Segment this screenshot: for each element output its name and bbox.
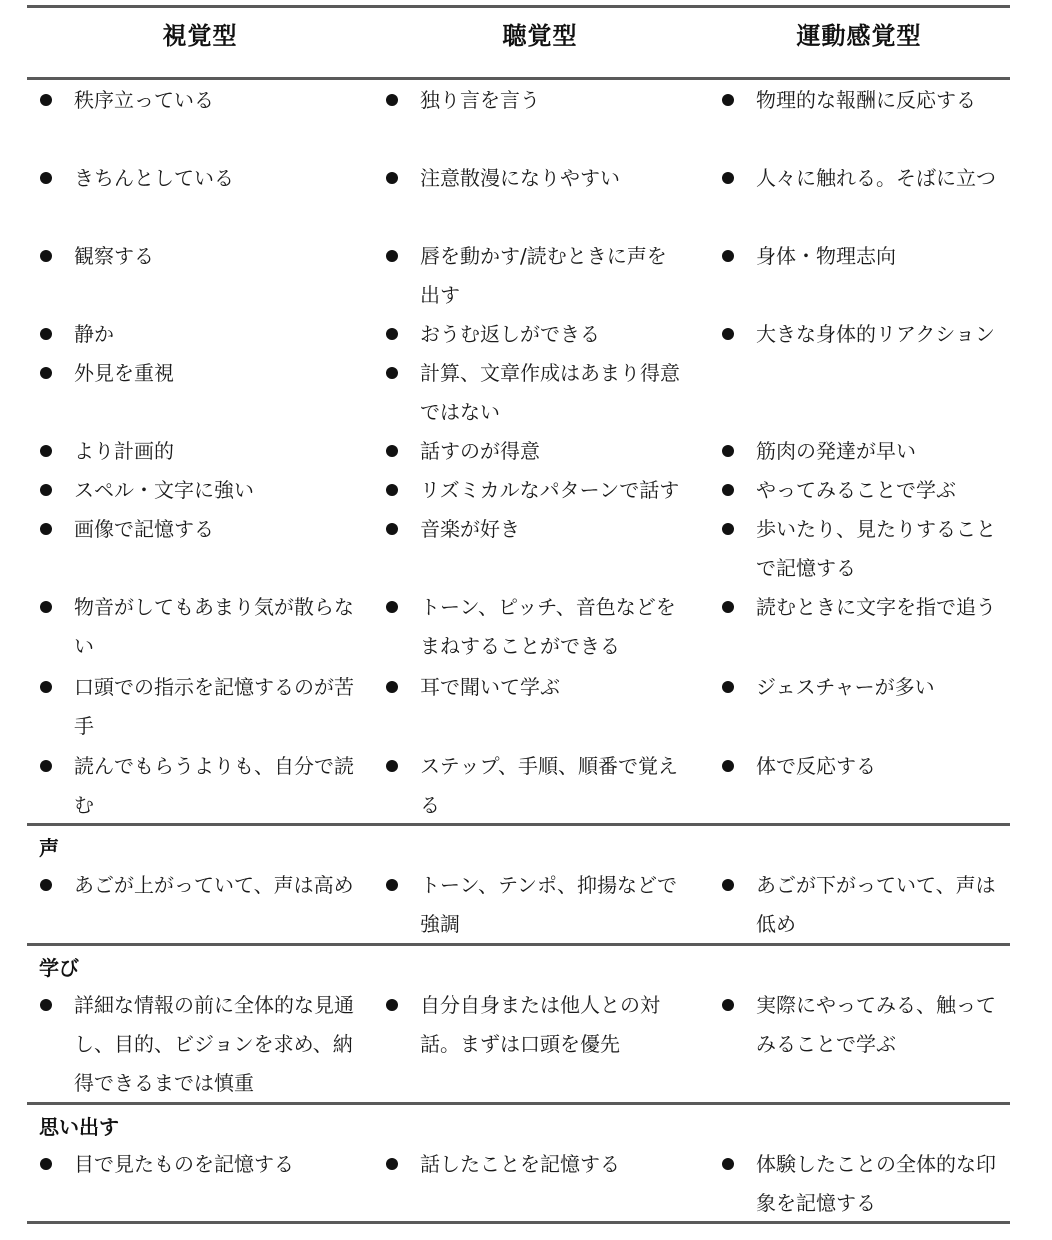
- item-text: 読んでもらうよりも、自分で読む: [74, 747, 359, 825]
- item-text: 画像で記憶する: [74, 510, 359, 549]
- item-text: 外見を重視: [74, 354, 359, 393]
- bullet-icon: [386, 1145, 400, 1184]
- bullet-icon: [386, 866, 400, 905]
- bullet-icon: [722, 747, 736, 786]
- bullet-icon: [386, 986, 400, 1025]
- item-text: 実際にやってみる、触ってみることで学ぶ: [756, 986, 996, 1064]
- bullet-icon: [722, 510, 736, 549]
- table-rule: [27, 5, 1010, 8]
- bullet-icon: [40, 432, 54, 471]
- column-header: 聴覚型: [375, 16, 705, 51]
- item-text: スペル・文字に強い: [74, 471, 359, 510]
- column-header: 視覚型: [35, 16, 365, 51]
- bullet-icon: [40, 354, 54, 393]
- bullet-icon: [386, 315, 400, 354]
- bullet-icon: [722, 668, 736, 707]
- bullet-icon: [386, 237, 400, 276]
- item-text: 詳細な情報の前に全体的な見通し、目的、ビジョンを求め、納得できるまでは慎重: [74, 986, 359, 1103]
- section-label: 声: [39, 832, 59, 861]
- item-text: トーン、ピッチ、音色などをまねすることができる: [420, 588, 685, 666]
- bullet-icon: [386, 668, 400, 707]
- item-text: トーン、テンポ、抑揚などで強調: [420, 866, 685, 944]
- item-text: 目で見たものを記憶する: [74, 1145, 359, 1184]
- item-text: おうむ返しができる: [420, 315, 685, 354]
- item-text: 読むときに文字を指で追う: [756, 588, 996, 627]
- item-text: あごが下がっていて、声は低め: [756, 866, 996, 944]
- item-text: 音楽が好き: [420, 510, 685, 549]
- bullet-icon: [386, 432, 400, 471]
- item-text: より計画的: [74, 432, 359, 471]
- item-text: 物理的な報酬に反応する: [756, 81, 996, 120]
- bullet-icon: [40, 237, 54, 276]
- item-text: 口頭での指示を記憶するのが苦手: [74, 668, 359, 746]
- bullet-icon: [722, 986, 736, 1025]
- bullet-icon: [40, 510, 54, 549]
- bullet-icon: [386, 159, 400, 198]
- item-text: 体で反応する: [756, 747, 996, 786]
- table-rule: [27, 77, 1010, 80]
- item-text: 秩序立っている: [74, 81, 359, 120]
- bullet-icon: [722, 432, 736, 471]
- bullet-icon: [40, 159, 54, 198]
- bullet-icon: [722, 81, 736, 120]
- item-text: 自分自身または他人との対話。まずは口頭を優先: [420, 986, 685, 1064]
- bullet-icon: [40, 588, 54, 627]
- item-text: 大きな身体的リアクション: [756, 315, 996, 354]
- bullet-icon: [386, 588, 400, 627]
- item-text: やってみることで学ぶ: [756, 471, 996, 510]
- item-text: ジェスチャーが多い: [756, 668, 996, 707]
- bullet-icon: [40, 315, 54, 354]
- item-text: 独り言を言う: [420, 81, 685, 120]
- item-text: リズミカルなパターンで話す: [420, 471, 685, 510]
- bullet-icon: [40, 668, 54, 707]
- item-text: 物音がしてもあまり気が散らない: [74, 588, 359, 666]
- bullet-icon: [386, 354, 400, 393]
- item-text: 話したことを記憶する: [420, 1145, 685, 1184]
- bullet-icon: [40, 747, 54, 786]
- section-label: 学び: [39, 952, 79, 981]
- bullet-icon: [40, 1145, 54, 1184]
- bullet-icon: [40, 81, 54, 120]
- item-text: あごが上がっていて、声は高め: [74, 866, 359, 905]
- bullet-icon: [722, 237, 736, 276]
- item-text: 筋肉の発達が早い: [756, 432, 996, 471]
- item-text: 唇を動かす/読むときに声を出す: [420, 237, 685, 315]
- bullet-icon: [722, 315, 736, 354]
- item-text: 歩いたり、見たりすることで記憶する: [756, 510, 996, 588]
- bullet-icon: [386, 747, 400, 786]
- bullet-icon: [722, 588, 736, 627]
- item-text: 体験したことの全体的な印象を記憶する: [756, 1145, 996, 1223]
- bullet-icon: [722, 471, 736, 510]
- item-text: 身体・物理志向: [756, 237, 996, 276]
- section-label: 思い出す: [39, 1111, 119, 1140]
- item-text: 耳で聞いて学ぶ: [420, 668, 685, 707]
- item-text: 計算、文章作成はあまり得意ではない: [420, 354, 685, 432]
- bullet-icon: [386, 471, 400, 510]
- bullet-icon: [386, 81, 400, 120]
- bullet-icon: [40, 866, 54, 905]
- bullet-icon: [722, 1145, 736, 1184]
- bullet-icon: [722, 866, 736, 905]
- item-text: 静か: [74, 315, 359, 354]
- bullet-icon: [386, 510, 400, 549]
- bullet-icon: [40, 986, 54, 1025]
- item-text: きちんとしている: [74, 159, 359, 198]
- item-text: ステップ、手順、順番で覚える: [420, 747, 685, 825]
- bullet-icon: [40, 471, 54, 510]
- item-text: 観察する: [74, 237, 359, 276]
- item-text: 人々に触れる。そばに立つ: [756, 159, 996, 198]
- item-text: 話すのが得意: [420, 432, 685, 471]
- bullet-icon: [722, 159, 736, 198]
- item-text: 注意散漫になりやすい: [420, 159, 685, 198]
- column-header: 運動感覚型: [694, 16, 1024, 51]
